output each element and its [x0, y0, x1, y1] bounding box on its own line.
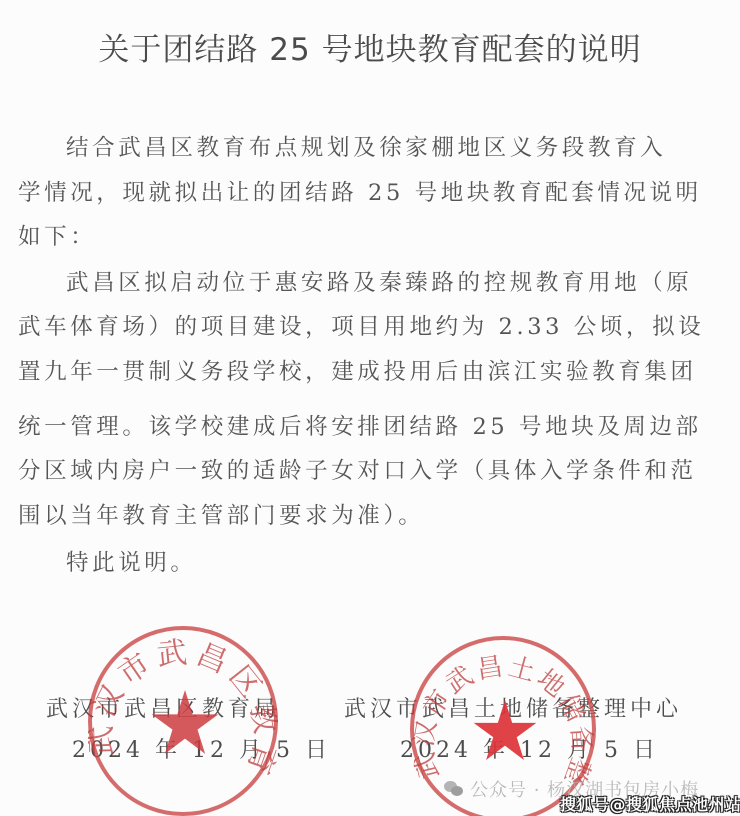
seal-star-icon-2 — [472, 700, 538, 762]
paragraph-2-line-2: 武车体育场）的项目建设，项目用地约为 2.33 公顷，拟设 — [18, 309, 704, 341]
paragraph-2-line-1: 武昌区拟启动位于惠安路及秦臻路的控规教育用地（原 — [66, 265, 692, 297]
paragraph-2-line-4: 统一管理。该学校建成后将安排团结路 25 号地块及周边部 — [18, 409, 702, 441]
sohu-watermark: 搜狐号@搜狐焦点池州站 — [560, 792, 740, 815]
wechat-icon — [444, 781, 464, 798]
paragraph-2-line-6: 围以当年教育主管部门要求为准）。 — [18, 498, 424, 530]
seal-star-icon-1 — [150, 690, 220, 756]
document-title: 关于团结路 25 号地块教育配套的说明 — [0, 24, 740, 69]
document-page: 关于团结路 25 号地块教育配套的说明 结合武昌区教育布点规划及徐家棚地区义务段… — [0, 0, 740, 816]
paragraph-2-line-5: 分区域内房户一致的适龄子女对口入学（具体入学条件和范 — [18, 453, 697, 485]
paragraph-1-line-2: 学情况，现就拟出让的团结路 25 号地块教育配套情况说明 — [18, 175, 702, 207]
paragraph-2-line-3: 置九年一贯制义务段学校，建成投用后由滨江实验教育集团 — [18, 354, 697, 386]
paragraph-1-line-1: 结合武昌区教育布点规划及徐家棚地区义务段教育入 — [66, 130, 666, 162]
paragraph-3-line-1: 特此说明。 — [66, 545, 197, 577]
paragraph-1-line-3: 如下： — [18, 219, 96, 251]
